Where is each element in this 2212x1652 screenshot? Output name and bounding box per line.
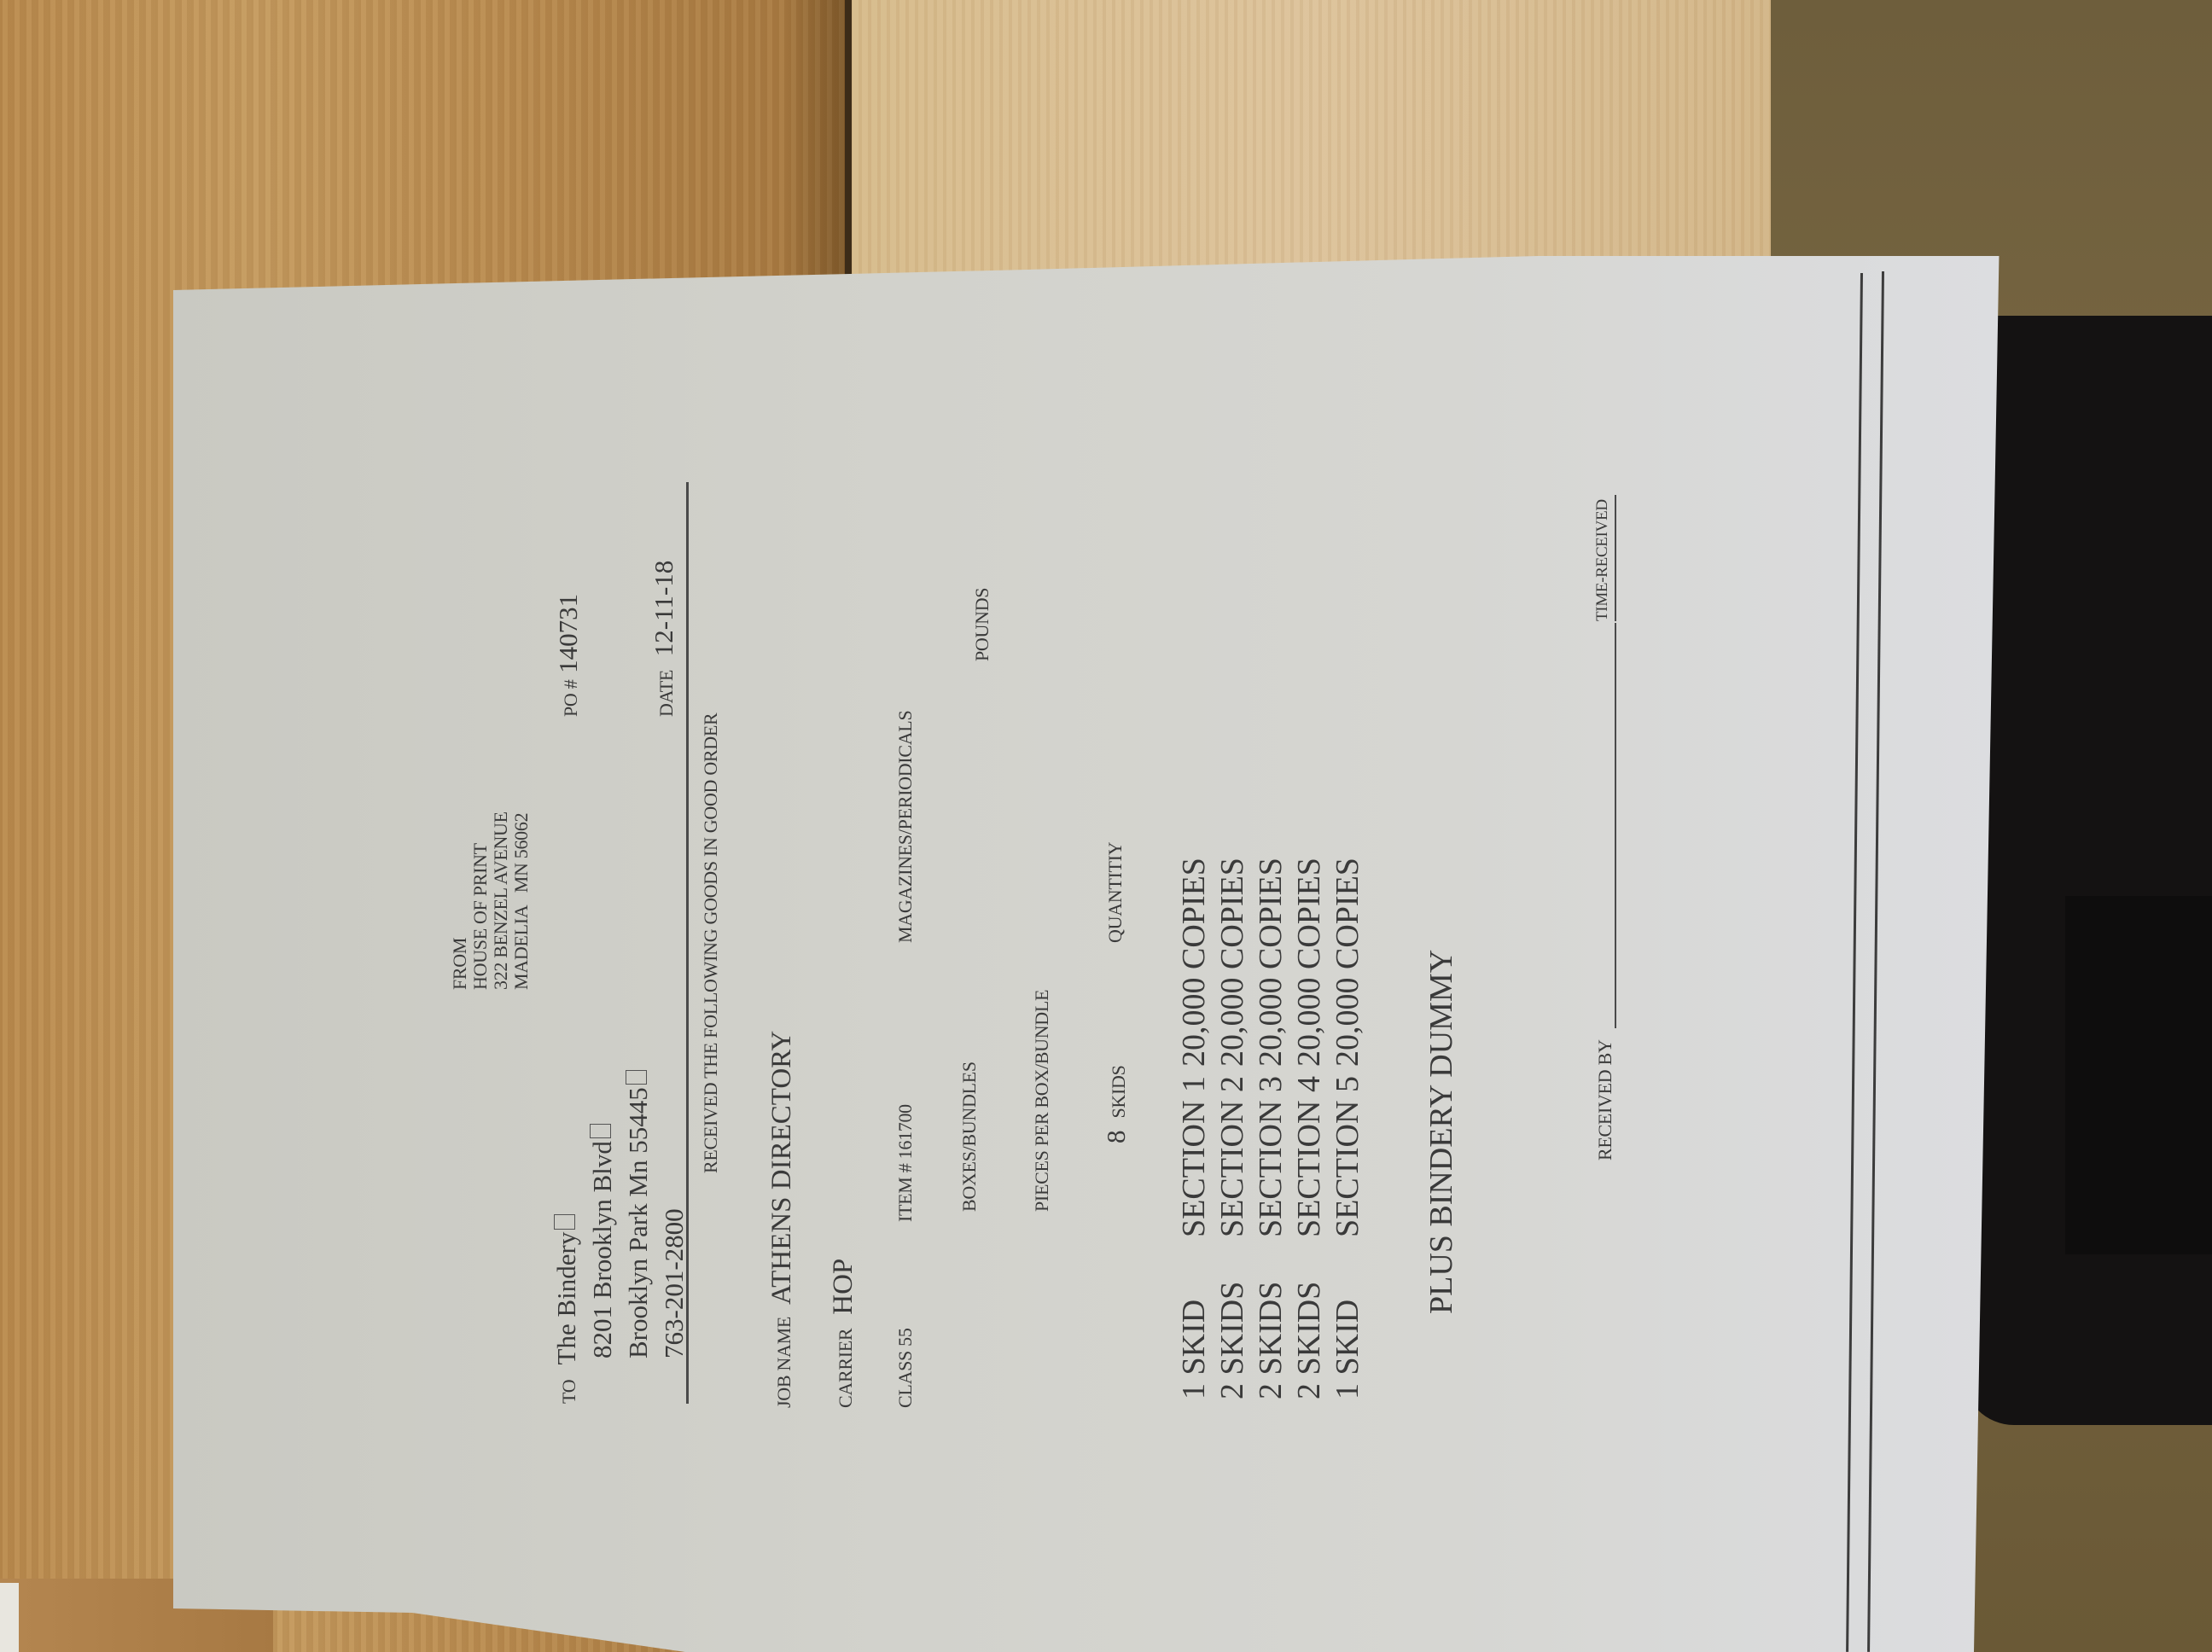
skids-total: 8 SKIDS (1103, 1065, 1129, 1143)
received-statement: RECEIVED THE FOLLOWING GOODS IN GOOD ORD… (701, 713, 720, 1173)
line-item: 2 SKIDSSECTION 220,000 COPIES (1216, 858, 1249, 1399)
time-received-line[interactable] (1615, 495, 1616, 621)
paper-scrap (0, 1583, 19, 1652)
plank-gap (845, 0, 852, 282)
class-value: 55 (894, 1328, 916, 1346)
job-name-field: JOB NAME ATHENS DIRECTORY (768, 1031, 796, 1408)
date-field: DATE 12-11-18 (650, 561, 677, 717)
line-section: SECTION 2 (1216, 1067, 1249, 1237)
carrier-field: CARRIER HOP (829, 1259, 858, 1408)
from-company: HOUSE OF PRINT (471, 843, 490, 990)
line-copies: 20,000 COPIES (1176, 858, 1212, 1067)
glyph-box-icon (554, 1214, 575, 1230)
skids-label: SKIDS (1108, 1065, 1129, 1118)
glyph-box-icon (626, 1070, 647, 1085)
line-section: SECTION 4 (1293, 1067, 1325, 1237)
to-street-line: 8201 Brooklyn Blvd (589, 1124, 615, 1358)
po-number: PO # 140731 (555, 594, 581, 717)
line-copies: 20,000 COPIES (1253, 858, 1289, 1067)
item-value: 161700 (894, 1104, 916, 1159)
line-skids: 1 SKID (1331, 1237, 1364, 1399)
line-skids: 2 SKIDS (1293, 1237, 1325, 1399)
header-rule (686, 482, 689, 1404)
to-city-line: Brooklyn Park Mn 55445 (625, 1070, 651, 1358)
line-copies: 20,000 COPIES (1330, 858, 1365, 1067)
receiving-slip: FROM HOUSE OF PRINT 322 BENZEL AVENUE MA… (444, 393, 1724, 1416)
item-label: ITEM # (894, 1164, 916, 1222)
class-field: CLASS 55 (896, 1328, 915, 1408)
received-by-line[interactable] (1615, 623, 1616, 1028)
line-copies: 20,000 COPIES (1214, 858, 1250, 1067)
extra-note: PLUS BINDERY DUMMY (1425, 950, 1458, 1314)
line-item: 2 SKIDSSECTION 420,000 COPIES (1293, 858, 1325, 1399)
black-object-shadow (2065, 896, 2212, 1254)
line-skids: 2 SKIDS (1216, 1237, 1249, 1399)
po-label: PO # (560, 680, 581, 717)
to-city: Brooklyn Park Mn 55445 (623, 1087, 653, 1358)
job-name-label: JOB NAME (773, 1317, 795, 1408)
received-by-label: RECEIVED BY (1596, 1039, 1615, 1160)
category: MAGAZINES/PERIODICALS (896, 711, 915, 943)
class-label: CLASS (894, 1351, 916, 1408)
from-street: 322 BENZEL AVENUE (492, 811, 510, 990)
carrier-label: CARRIER (835, 1329, 856, 1408)
po-value: 140731 (553, 594, 583, 673)
quantity-label: QUANTITIY (1106, 842, 1125, 943)
black-object (1963, 316, 2212, 1425)
pieces-per-box-label: PIECES PER BOX/BUNDLE (1033, 990, 1051, 1212)
to-phone: 763-201-2800 (661, 1208, 687, 1358)
date-value: 12-11-18 (649, 561, 678, 657)
line-section: SECTION 1 (1178, 1067, 1210, 1237)
to-label: TO (558, 1380, 579, 1404)
glyph-box-icon (590, 1124, 611, 1139)
line-section: SECTION 5 (1331, 1067, 1364, 1237)
job-name-value: ATHENS DIRECTORY (766, 1031, 797, 1305)
pounds-label: POUNDS (973, 588, 992, 661)
item-field: ITEM # 161700 (896, 1104, 915, 1222)
line-skids: 1 SKID (1178, 1237, 1210, 1399)
line-copies: 20,000 COPIES (1291, 858, 1327, 1067)
date-label: DATE (655, 670, 677, 717)
line-item: 1 SKIDSECTION 120,000 COPIES (1178, 858, 1210, 1399)
line-item: 2 SKIDSSECTION 320,000 COPIES (1254, 858, 1287, 1399)
line-item: 1 SKIDSECTION 520,000 COPIES (1331, 858, 1364, 1399)
from-label: FROM (451, 938, 469, 990)
line-section: SECTION 3 (1254, 1067, 1287, 1237)
from-city: MADELIA MN 56062 (512, 813, 531, 990)
line-skids: 2 SKIDS (1254, 1237, 1287, 1399)
time-received-label: TIME-RECEIVED (1594, 499, 1610, 621)
skids-count: 8 (1101, 1131, 1131, 1144)
to-street: 8201 Brooklyn Blvd (587, 1141, 617, 1358)
to-name: The Bindery (551, 1232, 581, 1365)
to-name-line: TO The Bindery (553, 1214, 579, 1404)
boxes-bundles-label: BOXES/BUNDLES (960, 1062, 979, 1212)
carrier-value: HOP (828, 1259, 859, 1315)
